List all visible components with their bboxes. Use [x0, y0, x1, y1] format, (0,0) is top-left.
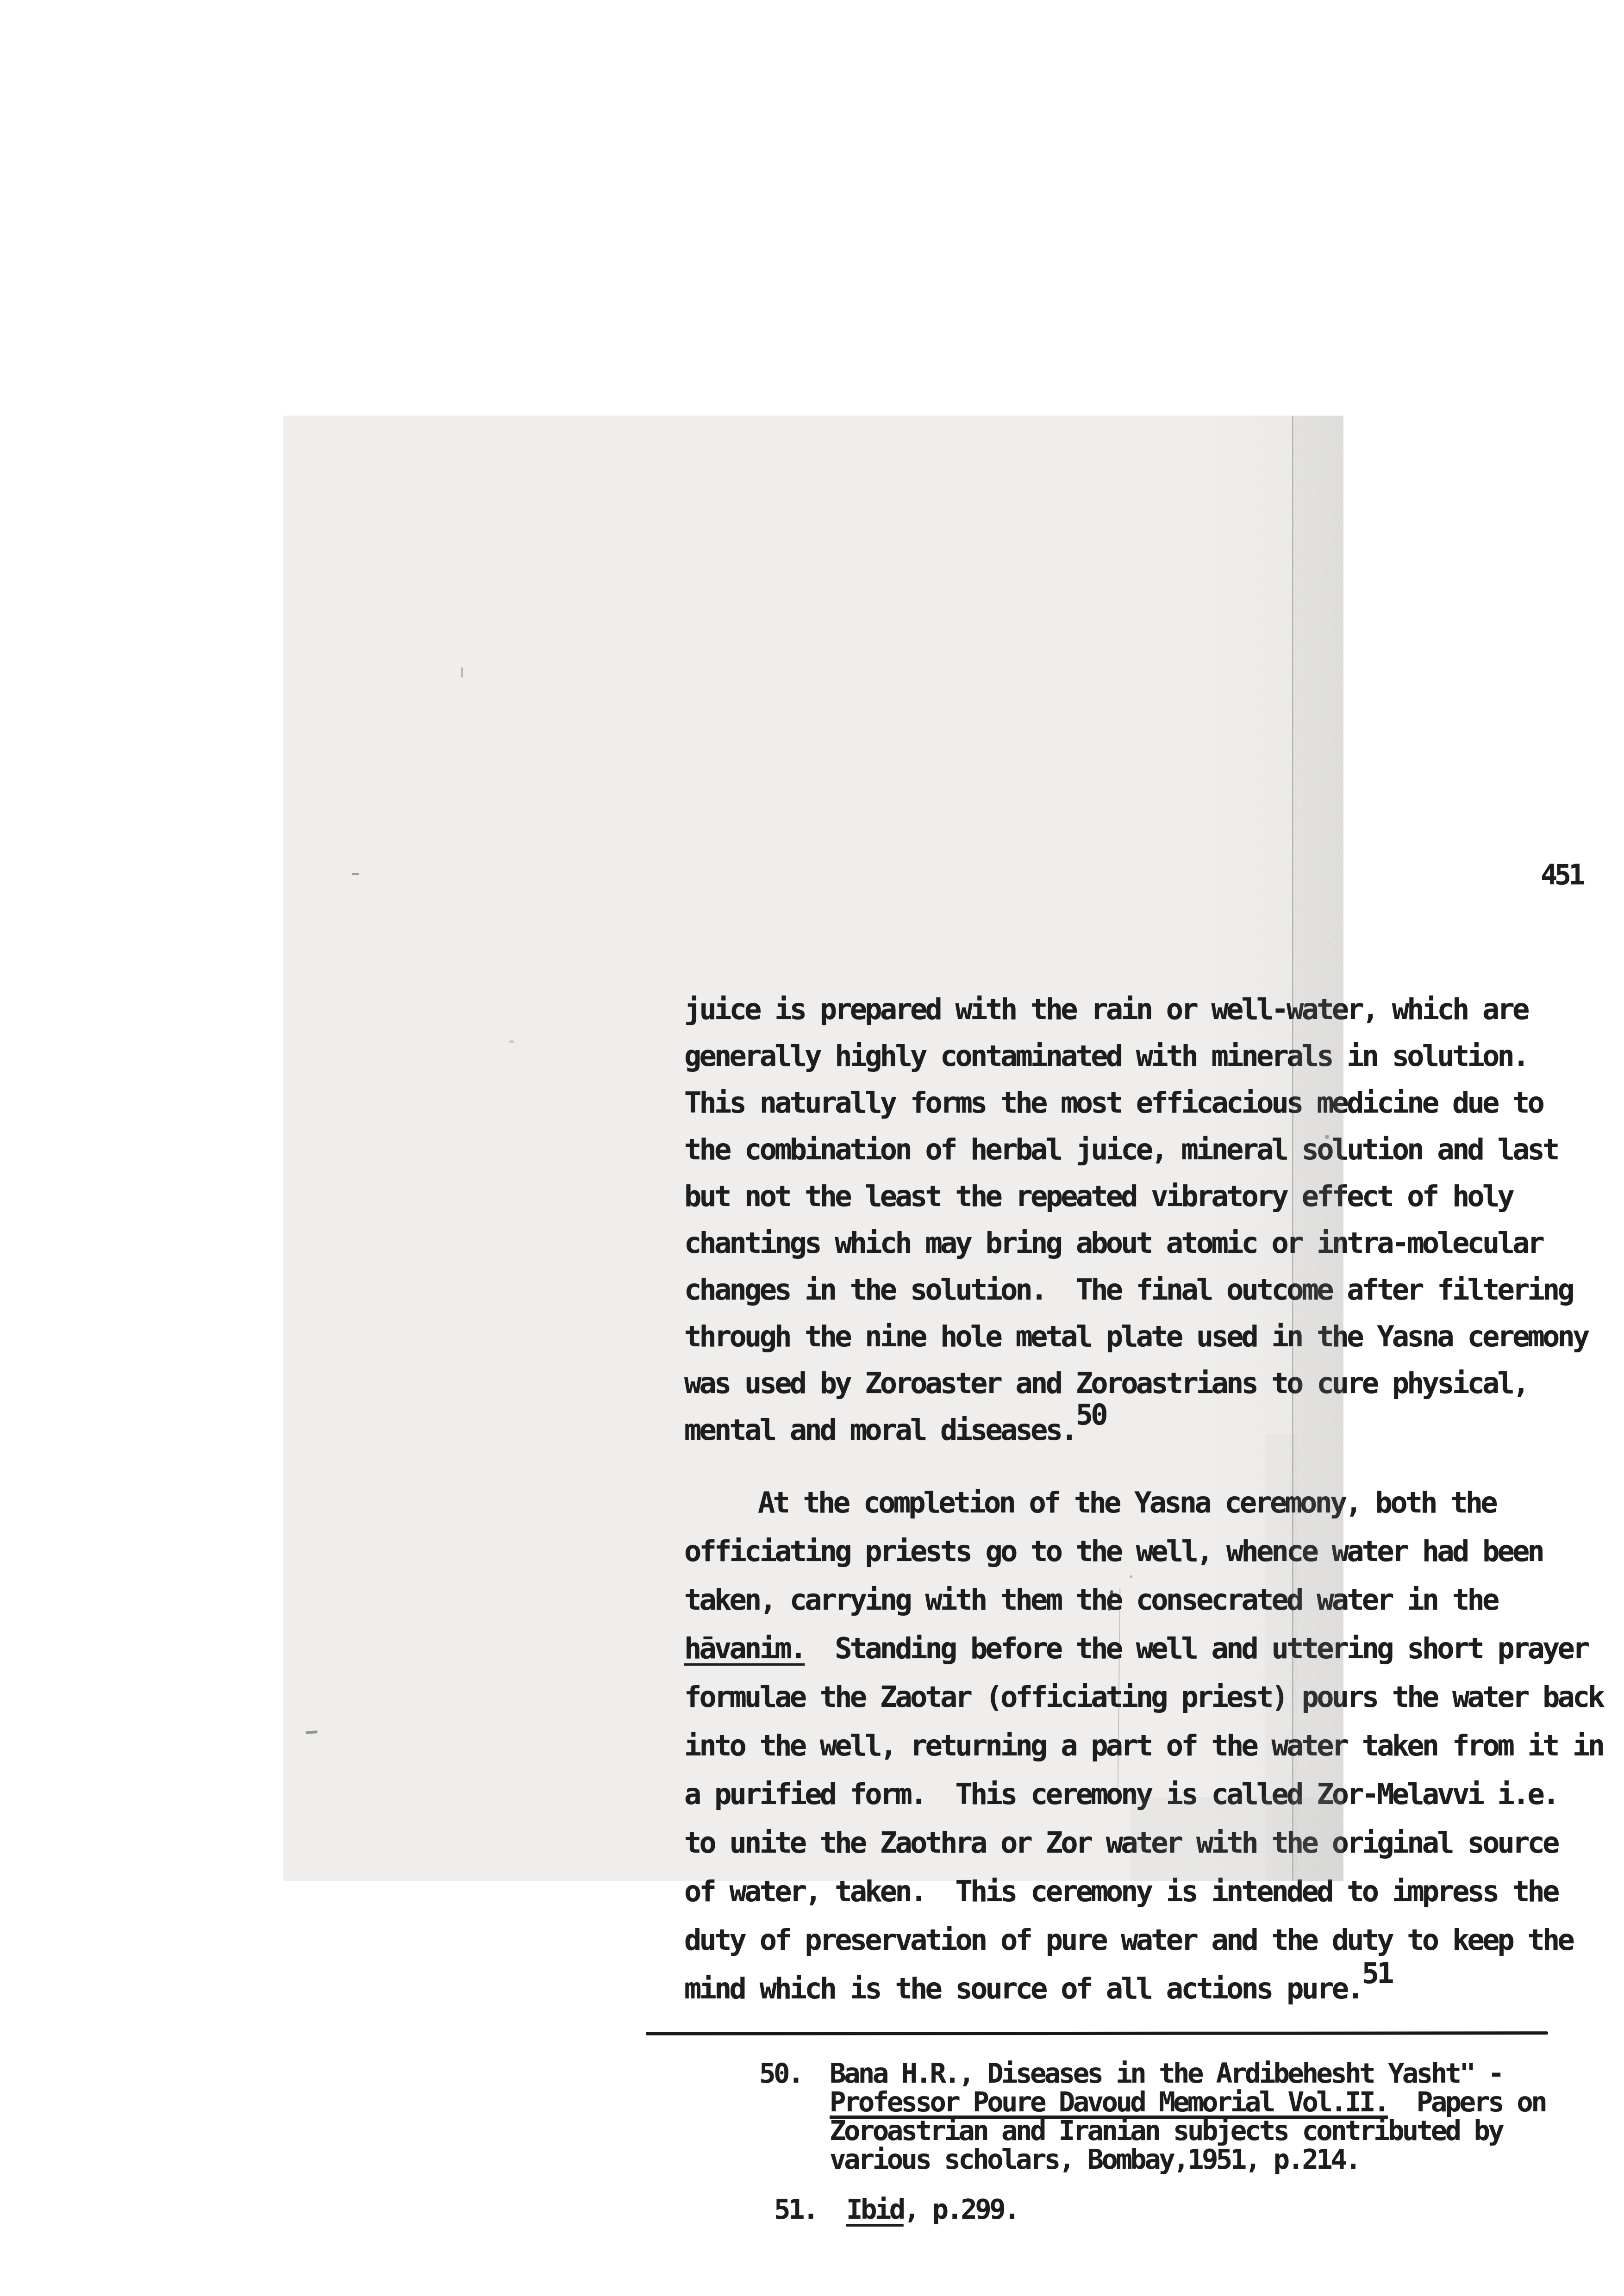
text-line: Zoroastrian and Iranian subjects contrib…: [830, 2116, 1545, 2145]
footnote-51-text: Ibid, p.299.: [846, 2195, 1018, 2224]
text-segment: Papers on: [1388, 2086, 1545, 2118]
text-segment: mind which is the source of all actions …: [684, 1972, 1362, 2005]
text-line: Professor Poure Davoud Memorial Vol.II. …: [830, 2088, 1545, 2116]
text-line: duty of preservation of pure water and t…: [684, 1916, 1603, 1964]
page-number: 451: [1541, 859, 1582, 891]
text-line: Bana H.R., Diseases in the Ardibehesht Y…: [830, 2059, 1545, 2088]
text-line: Ibid, p.299.: [846, 2195, 1018, 2224]
scan-noise-texture: [283, 416, 1343, 1881]
footnote-ref-51: 51: [1362, 1956, 1392, 1990]
scan-background: 451 juice is prepared with the rain or w…: [0, 0, 1624, 2296]
footnote-51: 51. Ibid, p.299.: [774, 2195, 1018, 2224]
footnote-50-number: 50.: [759, 2059, 802, 2088]
footnote-50: 50. Bana H.R., Diseases in the Ardibehes…: [759, 2059, 1545, 2174]
footnote-51-number: 51.: [774, 2195, 817, 2224]
text-segment: , p.299.: [904, 2193, 1018, 2225]
footnote-separator: [646, 2031, 1548, 2035]
text-line: various scholars, Bombay,1951, p.214.: [830, 2145, 1545, 2174]
footnote-50-text: Bana H.R., Diseases in the Ardibehesht Y…: [830, 2059, 1545, 2174]
underlined-book-title: Professor Poure Davoud Memorial Vol.II.: [830, 2086, 1388, 2118]
underlined-term-ibid: Ibid: [846, 2193, 904, 2225]
text-line: mind which is the source of all actions …: [684, 1964, 1603, 2013]
